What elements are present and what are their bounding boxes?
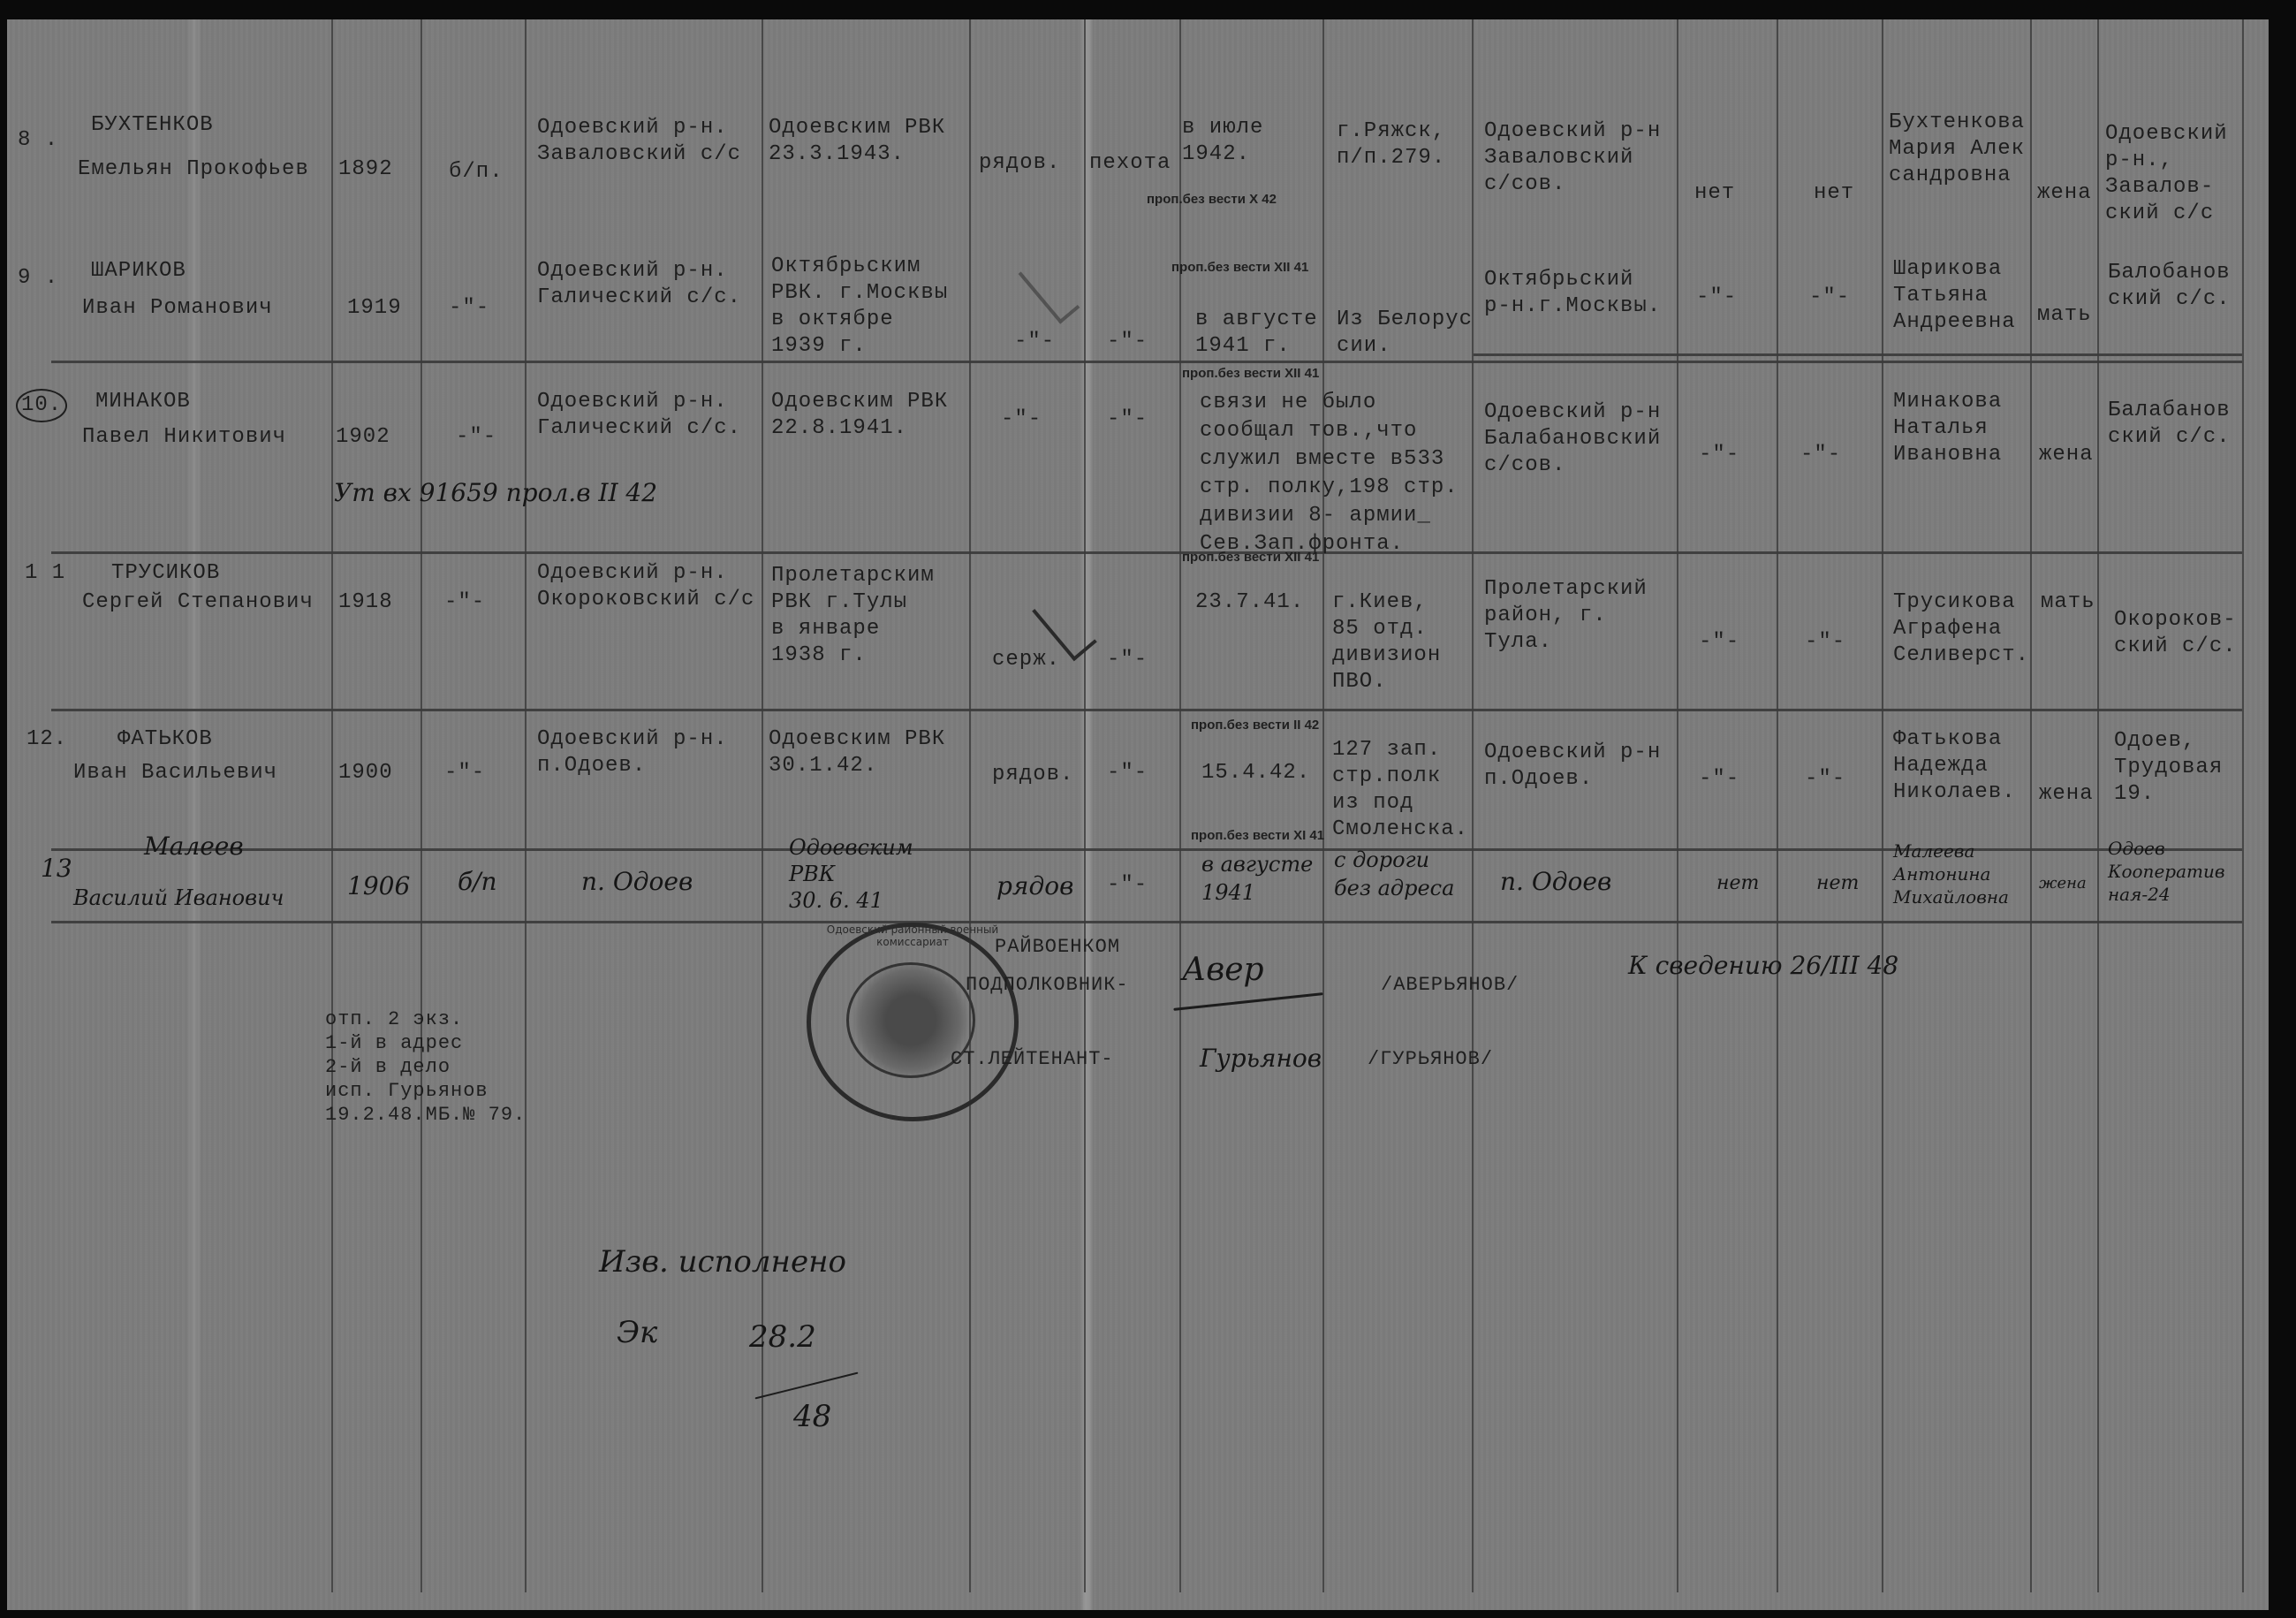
- column-divider: [969, 19, 971, 1592]
- home-address: Одоевский р-н Балабановский с/сов.: [1484, 399, 1661, 479]
- column-divider: [1882, 19, 1883, 1592]
- signature-title-3: СТ.ЛЕЙТЕНАНТ-: [951, 1046, 1114, 1073]
- birthplace: Одоевский р-н. Галический с/с.: [537, 389, 741, 442]
- relation: жена: [2039, 781, 2094, 808]
- wounds: -"-: [1800, 442, 1841, 468]
- signature-guryanov: Гурьянов: [1200, 1044, 1322, 1073]
- relative-address: Одоев Кооператив ная-24: [2108, 837, 2225, 906]
- party: -"-: [444, 589, 485, 616]
- missing-stamp: проп.без вести XII 41: [1182, 366, 1319, 381]
- relative-name: Трусикова Аграфена Селиверст.: [1893, 589, 2029, 669]
- column-divider: [331, 19, 333, 1592]
- column-divider: [1084, 19, 1086, 1592]
- relative-address: Балабанов ский с/с.: [2108, 398, 2231, 451]
- relation: жена: [2037, 180, 2092, 207]
- branch: -"-: [1107, 760, 1148, 786]
- rank: -"-: [1001, 406, 1042, 433]
- missing-date: 15.4.42.: [1201, 760, 1310, 786]
- birthplace: Одоевский р-н. Заваловский с/с: [537, 115, 741, 168]
- conscription: Одоевским РВК 22.8.1941.: [771, 389, 948, 442]
- rank: рядов.: [992, 762, 1073, 788]
- missing-stamp: проп.без вести XII 41: [1171, 260, 1308, 275]
- relative-name: Малеева Антонина Михайловна: [1893, 839, 2009, 908]
- relative-address: Одоевский р-н., Завалов- ский с/с: [2105, 121, 2228, 227]
- birthplace: Одоевский р-н. Окороковский с/с: [537, 560, 754, 613]
- missing-date: 23.7.41.: [1195, 589, 1304, 616]
- wounds: нет: [1814, 180, 1854, 207]
- awards: -"-: [1699, 442, 1739, 468]
- birth-year: 1919: [347, 295, 402, 322]
- home-address: Одоевский р-н п.Одоев.: [1484, 740, 1661, 793]
- handwritten-note: Ут вх 91659 прол.в II 42: [334, 479, 657, 507]
- row-divider: [51, 361, 2242, 363]
- underline-stroke: [755, 1372, 859, 1400]
- row-number: 9 .: [18, 265, 58, 292]
- row-divider: [51, 709, 2242, 711]
- given-names: Емельян Прокофьев: [78, 156, 309, 183]
- awards: -"-: [1699, 629, 1739, 656]
- row-number: 8 .: [18, 127, 58, 154]
- wounds: -"-: [1809, 285, 1850, 311]
- conscription: Одоевским РВК 23.3.1943.: [769, 115, 945, 168]
- awards: -"-: [1696, 285, 1737, 311]
- column-divider: [1472, 19, 1474, 1592]
- given-names: Павел Никитович: [82, 424, 286, 451]
- rank: рядов: [996, 872, 1073, 900]
- missing-place: г.Киев, 85 отд. дивизион ПВО.: [1332, 589, 1441, 695]
- row-divider: [51, 921, 2242, 923]
- document-sheet: 8 . БУХТЕНКОВ Емельян Прокофьев 1892 б/п…: [7, 19, 2269, 1610]
- column-divider: [1322, 19, 1324, 1592]
- birth-year: 1906: [347, 872, 410, 900]
- relation: мать: [2037, 302, 2092, 329]
- conscription: Одоевским РВК 30.1.42.: [769, 726, 945, 779]
- column-divider: [2030, 19, 2032, 1592]
- missing-place: 127 зап. стр.полк из под Смоленска.: [1332, 737, 1468, 843]
- row-divider: [1474, 353, 2242, 356]
- home-address: Октябрьский р-н.г.Москвы.: [1484, 267, 1661, 320]
- surname: ШАРИКОВ: [91, 258, 186, 285]
- column-divider: [2097, 19, 2099, 1592]
- party: -"-: [444, 760, 485, 786]
- checkmark-icon: [1019, 257, 1080, 323]
- rank: -"-: [1014, 329, 1055, 355]
- seal-text: Одоевский районный военный комиссариат: [820, 923, 1005, 948]
- official-seal: Одоевский районный военный комиссариат: [807, 923, 1019, 1121]
- missing-date: в августе 1941: [1201, 850, 1313, 907]
- handwritten-year: 48: [793, 1402, 831, 1431]
- missing-stamp: проп.без вести XI 41: [1191, 828, 1324, 843]
- relation: жена: [2039, 442, 2094, 468]
- missing-place: г.Ряжск, п/п.279.: [1337, 118, 1445, 171]
- row-number: 1 1: [25, 560, 65, 587]
- surname: ТРУСИКОВ: [111, 560, 220, 587]
- row-number: 13: [41, 855, 72, 883]
- conscription: Октябрьским РВК. г.Москвы в октябре 1939…: [771, 254, 948, 360]
- missing-place: Из Белорус сии.: [1337, 307, 1473, 360]
- row-number: 12.: [27, 726, 67, 753]
- column-divider: [762, 19, 763, 1592]
- missing-place: с дороги без адреса: [1334, 846, 1454, 902]
- paper-fold: [1080, 19, 1093, 1610]
- signature-stroke: [1173, 992, 1322, 1011]
- column-divider: [525, 19, 527, 1592]
- branch: -"-: [1107, 647, 1148, 673]
- row-divider: [51, 551, 2242, 554]
- home-address: Одоевский р-н Заваловский с/сов.: [1484, 118, 1661, 198]
- handwritten-executed: Изв. исполнено: [599, 1248, 846, 1276]
- signature-title-1: РАЙВОЕНКОМ: [995, 934, 1120, 961]
- missing-date: в июле 1942.: [1182, 115, 1263, 168]
- party: б/п: [458, 868, 497, 896]
- wounds: нет: [1816, 870, 1859, 898]
- paper-fold: [188, 19, 201, 1610]
- missing-stamp: проп.без вести XII 41: [1182, 550, 1319, 565]
- relative-name: Фатькова Надежда Николаев.: [1893, 726, 2016, 806]
- missing-date: в августе 1941 г.: [1195, 307, 1318, 360]
- given-names: Иван Романович: [82, 295, 273, 322]
- birthplace: Одоевский р-н. Галический с/с.: [537, 258, 741, 311]
- relative-address: Балобанов ский с/с.: [2108, 260, 2231, 313]
- signature-title-2: ПОДПОЛКОВНИК-: [966, 972, 1129, 999]
- relative-name: Шарикова Татьяна Андреевна: [1893, 256, 2016, 336]
- branch: -"-: [1107, 329, 1148, 355]
- signature-name-1: /АВЕРЬЯНОВ/: [1381, 972, 1519, 999]
- birth-year: 1900: [338, 760, 393, 786]
- given-names: Василий Иванович: [73, 884, 284, 912]
- column-divider: [1777, 19, 1778, 1592]
- awards: -"-: [1699, 766, 1739, 793]
- awards: нет: [1694, 180, 1735, 207]
- column-divider: [2242, 19, 2244, 1592]
- relative-address: Одоев, Трудовая 19.: [2114, 728, 2223, 808]
- signature-averyanov: Авер: [1182, 956, 1264, 984]
- party: -"-: [449, 295, 489, 322]
- home-address: Пролетарский район, г. Тула.: [1484, 576, 1648, 656]
- given-names: Сергей Степанович: [82, 589, 314, 616]
- birth-year: 1902: [336, 424, 390, 451]
- branch: пехота: [1089, 150, 1171, 177]
- birthplace: п. Одоев: [581, 868, 693, 896]
- relative-name: Бухтенкова Мария Алек сандровна: [1889, 110, 2025, 189]
- relative-address: Окороков- ский с/с.: [2114, 607, 2237, 660]
- column-divider: [1677, 19, 1678, 1592]
- missing-details: связи не было сообщал тов.,что служил вм…: [1200, 389, 1459, 558]
- margin-note: К сведению 26/III 48: [1628, 952, 1898, 980]
- relative-name: Минакова Наталья Ивановна: [1893, 389, 2002, 468]
- branch: -"-: [1107, 872, 1148, 899]
- awards: нет: [1716, 870, 1759, 898]
- surname: Малеев: [144, 832, 244, 861]
- rank: серж.: [992, 647, 1060, 673]
- surname: МИНАКОВ: [95, 389, 191, 415]
- party: -"-: [456, 424, 496, 451]
- relation: жена: [2039, 870, 2087, 898]
- conscription: Пролетарским РВК г.Тулы в январе 1938 г.: [771, 563, 935, 669]
- handwritten-initials: Эк: [617, 1318, 657, 1347]
- column-divider: [421, 19, 422, 1592]
- birth-year: 1892: [338, 156, 393, 183]
- birthplace: Одоевский р-н. п.Одоев.: [537, 726, 728, 779]
- conscription: Одоевским РВК 30. 6. 41: [789, 834, 913, 914]
- relation: мать: [2041, 589, 2095, 616]
- wounds: -"-: [1805, 629, 1845, 656]
- copies-note: отп. 2 экз. 1-й в адрес 2-й в дело исп. …: [325, 1007, 526, 1127]
- wounds: -"-: [1805, 766, 1845, 793]
- surname: ФАТЬКОВ: [117, 726, 213, 753]
- rank: рядов.: [979, 150, 1060, 177]
- given-names: Иван Васильевич: [73, 760, 277, 786]
- birth-year: 1918: [338, 589, 393, 616]
- column-divider: [1179, 19, 1181, 1592]
- party: б/п.: [449, 159, 504, 186]
- surname: БУХТЕНКОВ: [91, 112, 214, 139]
- branch: -"-: [1107, 406, 1148, 433]
- home-address: п. Одоев: [1500, 868, 1611, 896]
- signature-name-2: /ГУРЬЯНОВ/: [1368, 1046, 1493, 1073]
- missing-stamp: проп.без вести X 42: [1147, 192, 1277, 207]
- handwritten-date: 28.2: [749, 1323, 816, 1351]
- missing-stamp: проп.без вести II 42: [1191, 718, 1319, 733]
- row-number-circled: 10.: [16, 389, 67, 422]
